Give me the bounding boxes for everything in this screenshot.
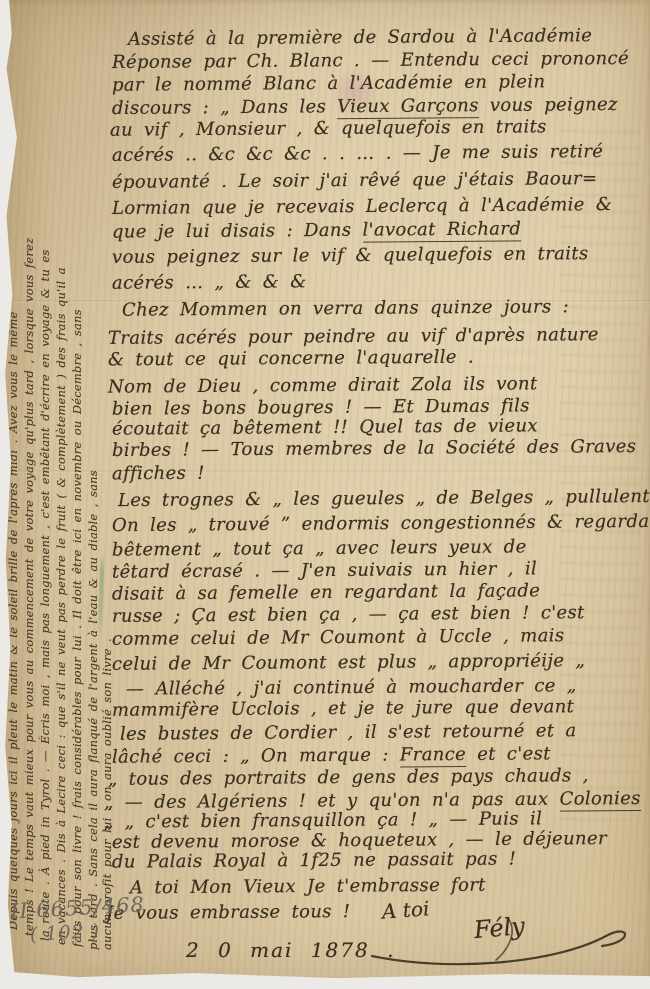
letter-line: bêtement „ tout ça „ avec leurs yeux de [112, 536, 527, 560]
letter-line: Réponse par Ch. Blanc . — Entendu ceci p… [112, 48, 629, 73]
letter-line: celui de Mr Coumont est plus „ approprié… [112, 650, 585, 675]
letter-line: comme celui de Mr Coumont à Uccle , mais [112, 625, 565, 650]
letter-line: Nom de Dieu , comme dirait Zola ils vont [108, 373, 538, 397]
letter-line: au vif , Monsieur , & quelquefois en tra… [110, 116, 547, 140]
letter-line: birbes ! — Tous membres de la Société de… [112, 436, 636, 461]
margin-note-line: la route . À pied in Tyrol . — Écris moi… [38, 53, 52, 941]
letter-line: affiches ! [112, 463, 205, 485]
letter-line: disait à sa femelle en regardant la faça… [112, 580, 540, 604]
letter-line: russe ; Ça est bien ça , — ça est bien !… [112, 602, 585, 627]
letter-line: „ tous des portraits de gens des pays ch… [108, 765, 589, 790]
letter-line: par le nommé Blanc à l'Académie en plein [112, 71, 546, 95]
letter-line: On les „ trouvé ” endormis congestionnés… [112, 511, 650, 536]
margin-note-line: en vacances . Dis à Lecire ceci : que s'… [54, 49, 68, 945]
margin-note-line: Depuis quelques jours ici il pleut le ma… [6, 70, 20, 930]
letter-line: Lormian que je recevais Leclercq à l'Aca… [112, 194, 612, 219]
letter-line: épouvanté . Le soir j'ai rêvé que j'étai… [112, 168, 598, 193]
letter-line: & tout ce qui concerne l'aquarelle . [108, 347, 474, 371]
letter-line: têtard écrasé . — J'en suivais un hier ,… [112, 558, 537, 582]
letter-line: discours : „ Dans les Vieux Garçons vous… [112, 94, 618, 119]
letter-paper: Assisté à la première de Sardou à l'Acad… [0, 0, 650, 982]
letter-line: A toi Mon Vieux Je t'embrasse fort [130, 875, 486, 899]
letter-line: Chez Mommen on verra dans quinze jours : [122, 296, 569, 321]
letter-line: acérés … „ & & & [112, 271, 307, 294]
letter-line: Traits acérés pour peindre au vif d'aprè… [108, 324, 599, 349]
margin-note-line: faits pour son livre ! frais considérabl… [70, 117, 84, 947]
letter-line: les bustes de Cordier , il s'est retourn… [120, 720, 577, 745]
letter-line: mammifère Ucclois , et je te jure que de… [112, 696, 574, 721]
signature-farewell: A toi [381, 896, 430, 923]
letter-line: Les trognes & „ les gueules „ de Belges … [118, 486, 650, 511]
letter-line: écoutait ça bêtement !! Quel tas de vieu… [112, 415, 538, 439]
letter-line: lâché ceci : „ On marque : France et c'e… [112, 743, 551, 767]
letter-line: acérés .. &c &c &c . . … . — Je me suis … [112, 141, 603, 166]
margin-note-line: aucun profit pour lui . on aura oublié s… [100, 530, 114, 950]
letter-line: Assisté à la première de Sardou à l'Acad… [128, 25, 592, 50]
signature-name: Fély [473, 912, 526, 944]
letter-line: que je lui disais : Dans l'avocat Richar… [112, 218, 521, 242]
margin-note-line: plus tard . Sans cela il aura flanqué de… [86, 330, 100, 950]
letter-line: vous peignez sur le vif & quelquefois en… [112, 243, 589, 268]
letter-line: du Palais Royal à 1f25 ne passait pas ! [112, 848, 516, 872]
date-line: 2 0 mai 1878 . [186, 938, 395, 962]
margin-note-line: temps ! Le temps vaut mieux pour vous au… [22, 60, 36, 936]
catalog-subnumber: ( 102 ) [29, 920, 100, 946]
